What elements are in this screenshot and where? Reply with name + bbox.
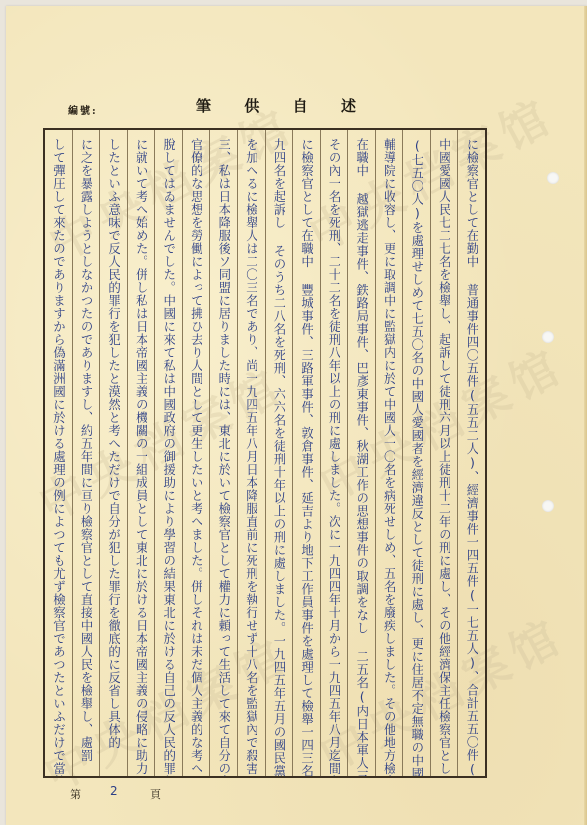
manuscript-column: (七五〇人)を處理せしめて七五〇名の中國人愛國者を經濟違反として徒刑に處し、更に… [402,130,430,776]
manuscript-column: に檢察官として在職中 豐城事件、三路軍事件、敦倉事件、延吉より地下工作員事件を處… [292,130,320,776]
manuscript-column: に檢察官として在勤中 普通事件四〇五件(五五二人)、經濟事件一四五件(一七五人)… [457,130,485,776]
column-text: したといふ意味で反人民的罪行を犯したと漠然と考へただけで自分が犯した罪行を徹底的… [107,130,120,776]
column-text: に檢察官として在職中 豐城事件、三路軍事件、敦倉事件、延吉より地下工作員事件を處… [300,130,313,776]
document-title: 筆 供 自 述 [196,95,356,116]
manuscript-column: 官僚的な思想を勞働によって拂ひ去り人間として更生したいと考へました。併しそれは未… [182,130,210,776]
column-text: 九四名を起訴し そのうち二八名を死刑、六六名を徒刑十年以上の刑に處しました。一九… [273,130,286,776]
manuscript-column: 在職中 越獄逃走事件、鉄路局事件、巴彥東事件、秋湖工作の思想事件の取調をなし 二… [347,130,375,776]
manuscript-column: に就いて考へ始めた。併し私は日本帝國主義の機關の一組成員として東北に於ける日本帝… [127,130,155,776]
manuscript-grid: に檢察官として在勤中 普通事件四〇五件(五五二人)、經濟事件一四五件(一七五人)… [43,128,487,778]
punch-hole-middle [542,331,554,343]
column-text: に之を暴露しようとしなかつたのでありますし、約五年間に亘り檢察官として直接中國人… [80,130,93,776]
manuscript-column: に之を暴露しようとしなかつたのでありますし、約五年間に亘り檢察官として直接中國人… [72,130,100,776]
column-text: 脫してはゐませんでした。中國に來て私は中國政府の御援助により學習の結果東北に於け… [162,130,175,776]
manuscript-column: して彈圧して來たのでありますから偽滿洲國に於ける處理の例によつても尤ず檢察官であ… [45,130,72,776]
column-text: 在職中 越獄逃走事件、鉄路局事件、巴彥東事件、秋湖工作の思想事件の取調をなし 二… [355,130,368,776]
page-number: 第 2 頁 [70,786,81,802]
manuscript-column: 脫してはゐませんでした。中國に來て私は中國政府の御援助により學習の結果東北に於け… [154,130,182,776]
column-text: その內一名を死刑、二十二名を徒刑八年以上の刑に處しました。次に一九四四年十月から… [328,130,341,776]
column-text: に檢察官として在勤中 普通事件四〇五件(五五二人)、經濟事件一四五件(一七五人)… [465,130,478,776]
manuscript-column: 三、私は日本降服後ソ同盟に居りました時には、東北に於いて檢察官として權力に頼って… [209,130,237,776]
column-text: 中國愛國人民七二七名を檢舉し、起訴して徒刑六月以上徒刑十二年の刑に處し、その他經… [438,130,451,776]
column-text: に就いて考へ始めた。併し私は日本帝國主義の機關の一組成員として東北に於ける日本帝… [135,130,148,776]
column-text: 官僚的な思想を勞働によって拂ひ去り人間として更生したいと考へました。併しそれは未… [190,130,203,776]
page-suffix: 頁 [150,786,161,802]
manuscript-column: 九四名を起訴し そのうち二八名を死刑、六六名を徒刑十年以上の刑に處しました。一九… [265,130,293,776]
page-prefix: 第 [70,788,81,801]
file-number-label: 編號: [68,102,98,117]
title-char-4: 述 [341,95,356,116]
title-char-2: 供 [244,95,259,116]
column-text: (七五〇人)を處理せしめて七五〇名の中國人愛國者を經濟違反として徒刑に處し、更に… [410,130,423,776]
column-text: して彈圧して來たのでありますから偽滿洲國に於ける處理の例によつても尤ず檢察官であ… [52,130,65,776]
title-char-3: 自 [293,95,308,116]
manuscript-column: 輔導院に收容し、更に取調中に監獄内に於て中國人一〇名を病死せしめ、五名を廢疾しま… [375,130,403,776]
title-char-1: 筆 [196,95,211,116]
column-text: を加へるに檢舉人は二〇三名であり、尚一九四五年八月日本降服直前に死刑を執行せず十… [245,130,258,776]
column-text: 三、私は日本降服後ソ同盟に居りました時には、東北に於いて檢察官として權力に頼って… [217,130,230,776]
manuscript-column: その內一名を死刑、二十二名を徒刑八年以上の刑に處しました。次に一九四四年十月から… [320,130,348,776]
page-number-value: 2 [110,784,118,798]
punch-hole-top [547,172,559,184]
manuscript-column: したといふ意味で反人民的罪行を犯したと漠然と考へただけで自分が犯した罪行を徹底的… [99,130,127,776]
manuscript-column: を加へるに檢舉人は二〇三名であり、尚一九四五年八月日本降服直前に死刑を執行せず十… [237,130,265,776]
document-page: 中央档案馆 中央档案馆 中央档案馆 中央档案馆 中央档案馆 中央档案馆 編號: … [6,6,587,825]
punch-hole-bottom [542,500,554,512]
manuscript-column: 中國愛國人民七二七名を檢舉し、起訴して徒刑六月以上徒刑十二年の刑に處し、その他經… [430,130,458,776]
column-text: 輔導院に收容し、更に取調中に監獄内に於て中國人一〇名を病死せしめ、五名を廢疾しま… [383,130,396,776]
